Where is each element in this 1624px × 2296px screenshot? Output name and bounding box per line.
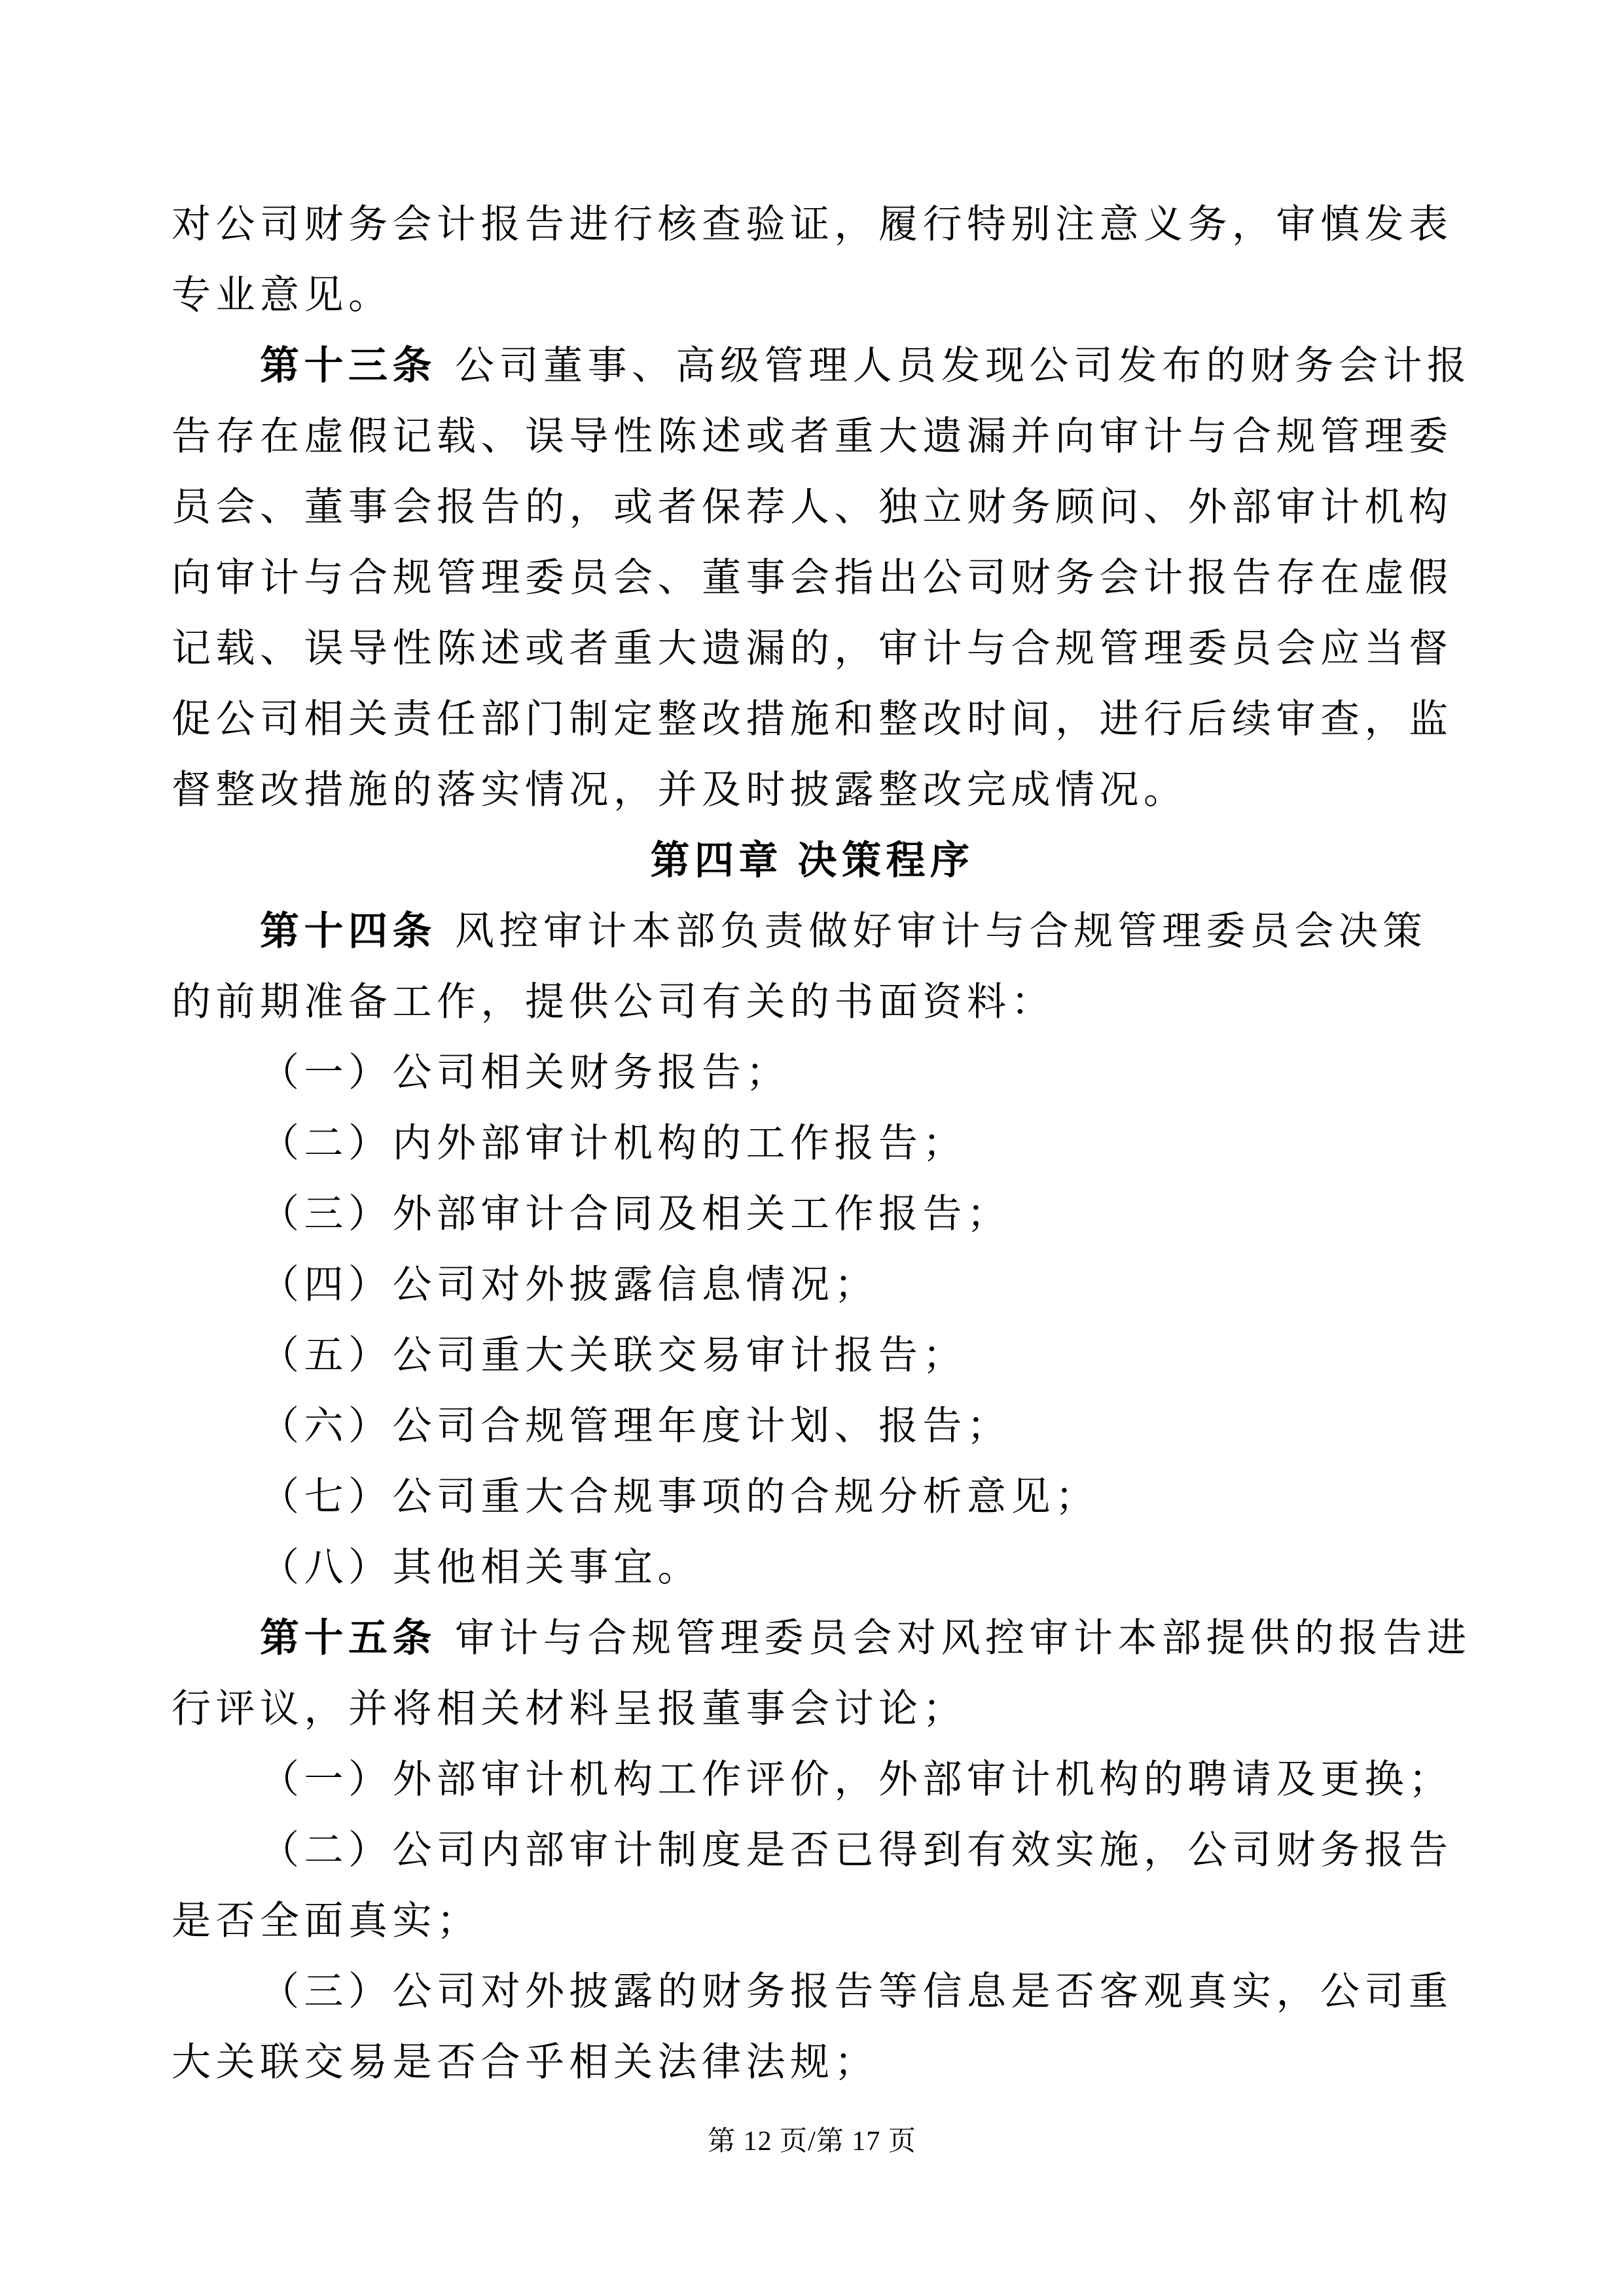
text-line: （八）其他相关事宜。 [171,1532,1453,1603]
line-text: 审计与合规管理委员会对风控审计本部提供的报告进 [455,1617,1471,1660]
text-line: （四）公司对外披露信息情况； [171,1249,1453,1320]
line-text: （二）内外部审计机构的工作报告； [260,1122,967,1165]
line-text: 专业意见。 [171,274,393,317]
line-text: （三）外部审计合同及相关工作报告； [260,1193,1011,1236]
line-text: （七）公司重大合规事项的合规分析意见； [260,1475,1100,1518]
line-text: 公司董事、高级管理人员发现公司发布的财务会计报 [455,344,1471,387]
line-text: （二）公司内部审计制度是否已得到有效实施，公司财务报告 [260,1829,1453,1872]
line-text: 行评议，并将相关材料呈报董事会讨论； [171,1687,967,1731]
line-text: 对公司财务会计报告进行核查验证，履行特别注意义务，审慎发表 [171,203,1453,246]
text-line: 大关联交易是否合乎相关法律法规； [171,2027,1453,2098]
text-line: （一）外部审计机构工作评价，外部审计机构的聘请及更换； [171,1744,1453,1815]
line-text: 记载、误导性陈述或者重大遗漏的，审计与合规管理委员会应当督 [171,627,1453,670]
text-line: 第十三条公司董事、高级管理人员发现公司发布的财务会计报 [171,331,1453,401]
article-number: 第十五条 [260,1617,437,1660]
chapter-heading: 第四章 决策程序 [171,825,1453,896]
text-line: 是否全面真实； [171,1886,1453,1956]
line-text: （三）公司对外披露的财务报告等信息是否客观真实，公司重 [260,1970,1453,2013]
line-text: 告存在虚假记载、误导性陈述或者重大遗漏并向审计与合规管理委 [171,415,1453,458]
line-text: （四）公司对外披露信息情况； [260,1263,878,1306]
line-text: 促公司相关责任部门制定整改措施和整改时间，进行后续审查，监 [171,698,1453,741]
line-text: 督整改措施的落实情况，并及时披露整改完成情况。 [171,768,1188,812]
text-line: （七）公司重大合规事项的合规分析意见； [171,1462,1453,1532]
text-line: （二）内外部审计机构的工作报告； [171,1108,1453,1179]
text-line: （三）外部审计合同及相关工作报告； [171,1179,1453,1249]
line-text: （一）公司相关财务报告； [260,1051,790,1094]
line-text: 第四章 决策程序 [651,839,975,882]
line-text: 风控审计本部负责做好审计与合规管理委员会决策 [455,910,1427,953]
text-line: 对公司财务会计报告进行核查验证，履行特别注意义务，审慎发表 [171,189,1453,260]
line-text: 是否全面真实； [171,1899,481,1943]
text-line: 向审计与合规管理委员会、董事会指出公司财务会计报告存在虚假 [171,543,1453,613]
document-page: 对公司财务会计报告进行核查验证，履行特别注意义务，审慎发表专业意见。第十三条公司… [0,0,1624,2296]
text-line: 第十五条审计与合规管理委员会对风控审计本部提供的报告进 [171,1603,1453,1674]
article-number: 第十三条 [260,344,437,387]
page-footer: 第 12 页/第 17 页 [0,2122,1624,2161]
document-body: 对公司财务会计报告进行核查验证，履行特别注意义务，审慎发表专业意见。第十三条公司… [171,189,1453,2098]
text-line: （三）公司对外披露的财务报告等信息是否客观真实，公司重 [171,1956,1453,2027]
text-line: 行评议，并将相关材料呈报董事会讨论； [171,1674,1453,1744]
line-text: （六）公司合规管理年度计划、报告； [260,1405,1011,1448]
line-text: （五）公司重大关联交易审计报告； [260,1334,967,1377]
text-line: 记载、误导性陈述或者重大遗漏的，审计与合规管理委员会应当督 [171,613,1453,684]
text-line: （五）公司重大关联交易审计报告； [171,1320,1453,1391]
text-line: 第十四条风控审计本部负责做好审计与合规管理委员会决策 [171,896,1453,967]
text-line: 专业意见。 [171,260,1453,331]
line-text: 大关联交易是否合乎相关法律法规； [171,2041,878,2084]
line-text: （八）其他相关事宜。 [260,1546,702,1589]
text-line: 告存在虚假记载、误导性陈述或者重大遗漏并向审计与合规管理委 [171,401,1453,472]
text-line: （二）公司内部审计制度是否已得到有效实施，公司财务报告 [171,1815,1453,1886]
text-line: 的前期准备工作，提供公司有关的书面资料： [171,967,1453,1037]
page-number: 第 12 页/第 17 页 [708,2126,916,2157]
text-line: 促公司相关责任部门制定整改措施和整改时间，进行后续审查，监 [171,684,1453,755]
line-text: 向审计与合规管理委员会、董事会指出公司财务会计报告存在虚假 [171,556,1453,600]
text-line: （一）公司相关财务报告； [171,1037,1453,1108]
article-number: 第十四条 [260,910,437,953]
text-line: 督整改措施的落实情况，并及时披露整改完成情况。 [171,755,1453,825]
line-text: 的前期准备工作，提供公司有关的书面资料： [171,980,1055,1024]
line-text: 员会、董事会报告的，或者保荐人、独立财务顾问、外部审计机构 [171,486,1453,529]
line-text: （一）外部审计机构工作评价，外部审计机构的聘请及更换； [260,1758,1453,1801]
text-line: 员会、董事会报告的，或者保荐人、独立财务顾问、外部审计机构 [171,472,1453,543]
text-line: （六）公司合规管理年度计划、报告； [171,1391,1453,1462]
